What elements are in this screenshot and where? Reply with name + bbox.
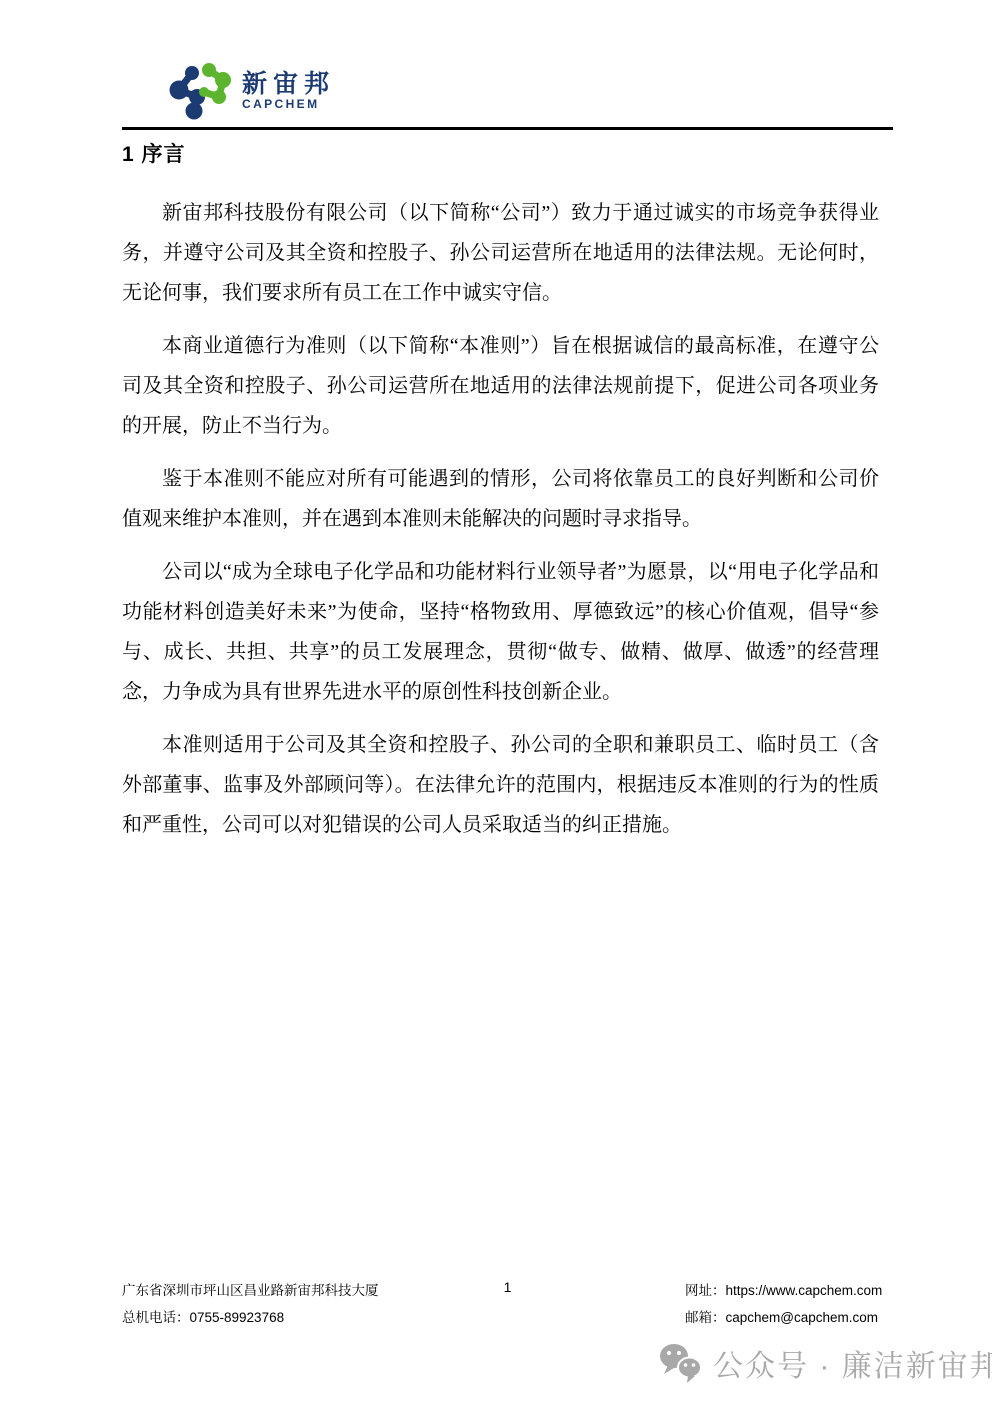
- footer-website: 网址：https://www.capchem.com: [685, 1277, 882, 1304]
- wechat-icon: [658, 1342, 702, 1384]
- logo-name-cn: 新宙邦: [242, 71, 335, 97]
- capchem-molecule-icon: [166, 62, 232, 120]
- section-heading: 1 序言: [122, 138, 186, 168]
- paragraph-1: 新宙邦科技股份有限公司（以下简称“公司”）致力于通过诚实的市场竞争获得业务，并遵…: [122, 193, 879, 313]
- paragraph-4: 公司以“成为全球电子化学品和功能材料行业领导者”为愿景，以“用电子化学品和功能材…: [122, 552, 879, 712]
- wechat-watermark: 公众号 · 廉洁新宙邦: [658, 1341, 992, 1385]
- footer-email: 邮箱：capchem@capchem.com: [685, 1304, 882, 1331]
- logo-name-en: CAPCHEM: [242, 98, 335, 111]
- logo-text: 新宙邦 CAPCHEM: [242, 71, 335, 111]
- footer-right: 网址：https://www.capchem.com 邮箱：capchem@ca…: [685, 1277, 882, 1331]
- paragraph-2: 本商业道德行为准则（以下简称“本准则”）旨在根据诚信的最高标准，在遵守公司及其全…: [122, 326, 879, 446]
- capchem-logo: 新宙邦 CAPCHEM: [166, 62, 335, 120]
- document-body: 新宙邦科技股份有限公司（以下简称“公司”）致力于通过诚实的市场竞争获得业务，并遵…: [122, 193, 879, 858]
- header-divider: [122, 127, 893, 130]
- paragraph-5: 本准则适用于公司及其全资和控股子、孙公司的全职和兼职员工、临时员工（含外部董事、…: [122, 725, 879, 845]
- paragraph-3: 鉴于本准则不能应对所有可能遇到的情形，公司将依靠员工的良好判断和公司价值观来维护…: [122, 459, 879, 539]
- footer-phone: 总机电话：0755-89923768: [122, 1304, 379, 1331]
- watermark-text: 公众号 · 廉洁新宙邦: [713, 1341, 992, 1385]
- document-page: 新宙邦 CAPCHEM 1 序言 新宙邦科技股份有限公司（以下简称“公司”）致力…: [0, 0, 992, 1403]
